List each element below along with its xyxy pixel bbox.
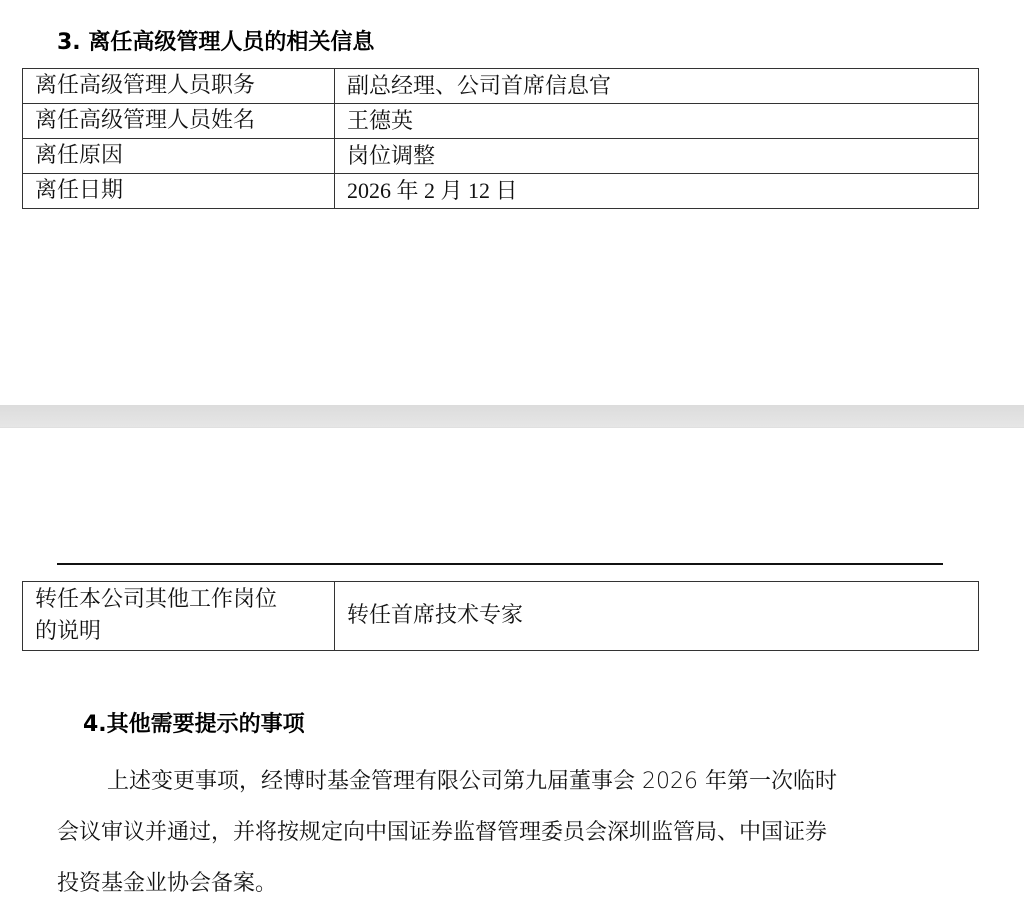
paragraph-line: 上述变更事项，经博时基金管理有限公司第九届董事会 2026 年第一次临时 [57,756,957,807]
document-page-1: 3. 离任高级管理人员的相关信息 离任高级管理人员职务 副总经理、公司首席信息官… [0,0,1024,405]
label-line-2: 的说明 [35,619,101,644]
table-row: 离任日期 2026 年 2 月 12 日 [23,174,979,209]
row-value-date: 2026 年 2 月 12 日 [335,174,979,209]
departure-info-table: 离任高级管理人员职务 副总经理、公司首席信息官 离任高级管理人员姓名 王德英 离… [22,68,979,209]
section-4-paragraph: 上述变更事项，经博时基金管理有限公司第九届董事会 2026 年第一次临时 会议审… [57,756,957,909]
document-page-2: 转任本公司其他工作岗位 的说明 转任首席技术专家 4.其他需要提示的事项 上述变… [0,428,1024,914]
table-row: 离任原因 岗位调整 [23,139,979,174]
row-value-reason: 岗位调整 [335,139,979,174]
page-separator [0,405,1024,428]
section-4-heading: 4.其他需要提示的事项 [83,710,305,740]
row-value-position: 副总经理、公司首席信息官 [335,69,979,104]
header-rule-divider [57,563,943,565]
departure-info-table-continued: 转任本公司其他工作岗位 的说明 转任首席技术专家 [22,581,979,651]
table-row: 离任高级管理人员姓名 王德英 [23,104,979,139]
table-row: 转任本公司其他工作岗位 的说明 转任首席技术专家 [23,582,979,651]
paragraph-text: 上述变更事项，经博时基金管理有限公司第九届董事会 2026 年第一次临时 [107,769,837,794]
paragraph-line: 会议审议并通过，并将按规定向中国证券监督管理委员会深圳监管局、中国证券 [57,807,957,858]
row-value-name: 王德英 [335,104,979,139]
row-label-name: 离任高级管理人员姓名 [23,104,335,139]
row-label-transfer: 转任本公司其他工作岗位 的说明 [23,582,335,651]
row-label-position: 离任高级管理人员职务 [23,69,335,104]
row-value-transfer: 转任首席技术专家 [335,582,979,651]
row-label-reason: 离任原因 [23,139,335,174]
table-row: 离任高级管理人员职务 副总经理、公司首席信息官 [23,69,979,104]
paragraph-line: 投资基金业协会备案。 [57,858,957,909]
label-line-1: 转任本公司其他工作岗位 [35,587,277,612]
row-label-date: 离任日期 [23,174,335,209]
section-3-heading: 3. 离任高级管理人员的相关信息 [57,28,374,58]
